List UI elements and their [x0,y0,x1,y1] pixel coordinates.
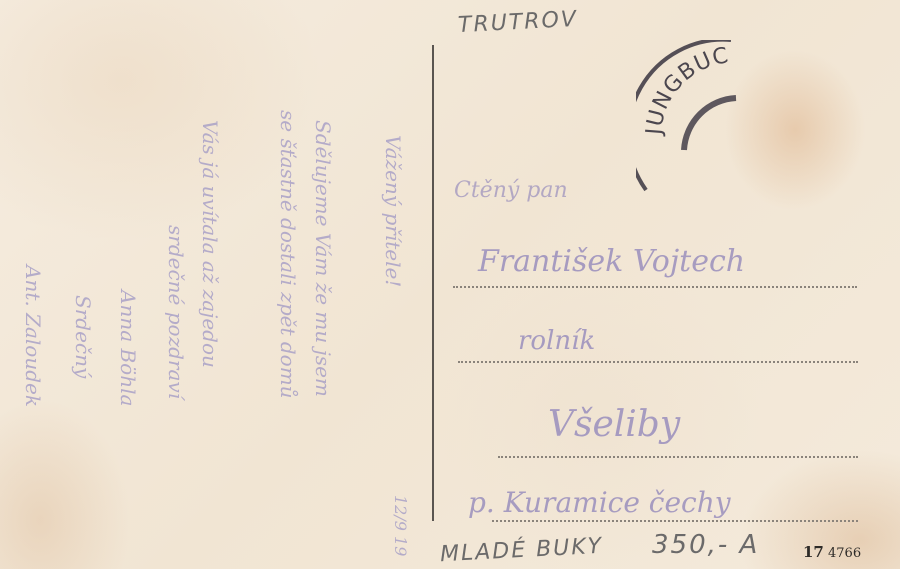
message-line: Srdečný [71,295,95,378]
address-post: p. Kuramice čechy [468,486,731,519]
message-line: Vážený přítele! [381,135,405,287]
address-salutation: Ctěný pan [454,178,568,203]
postmark-text: JUNGBUC [642,43,731,137]
message-line: se šťastně dostali zpět domů [276,110,300,399]
message-line: srdečné pozdraví [164,225,188,399]
pencil-note-town: MLADÉ BUKY [439,534,603,568]
address-occupation: rolník [518,326,595,356]
printed-code-number: 4766 [828,546,861,561]
message-line: Sdělujeme Vám že mu jsem [311,120,335,397]
postmark-stamp: JUNGBUC [636,40,836,240]
center-divider [432,45,434,521]
message-line: Vás já uvítala až zajedou [198,120,222,368]
message-date: 12/9 19 [391,495,410,556]
message-line: Ant. Zaloudek [21,265,45,407]
address-line-2 [458,361,858,363]
pencil-note-price: 350,- A [652,530,759,560]
printed-code-bold: 17 [803,543,824,561]
pencil-note-location: TRUTROV [457,7,578,38]
address-line-3 [498,456,858,458]
address-line-1 [453,286,857,288]
address-line-4 [492,520,858,522]
address-town: Všeliby [548,404,680,445]
printed-code: 17 4766 [803,543,861,561]
postcard-back: TRUTROV MLADÉ BUKY 350,- A JUNGBUC Ctěný… [0,0,900,569]
address-name: František Vojtech [478,244,745,279]
postmark-icon: JUNGBUC [636,40,836,240]
message-line: Anna Böhla [116,290,140,406]
svg-text:JUNGBUC: JUNGBUC [642,43,731,137]
